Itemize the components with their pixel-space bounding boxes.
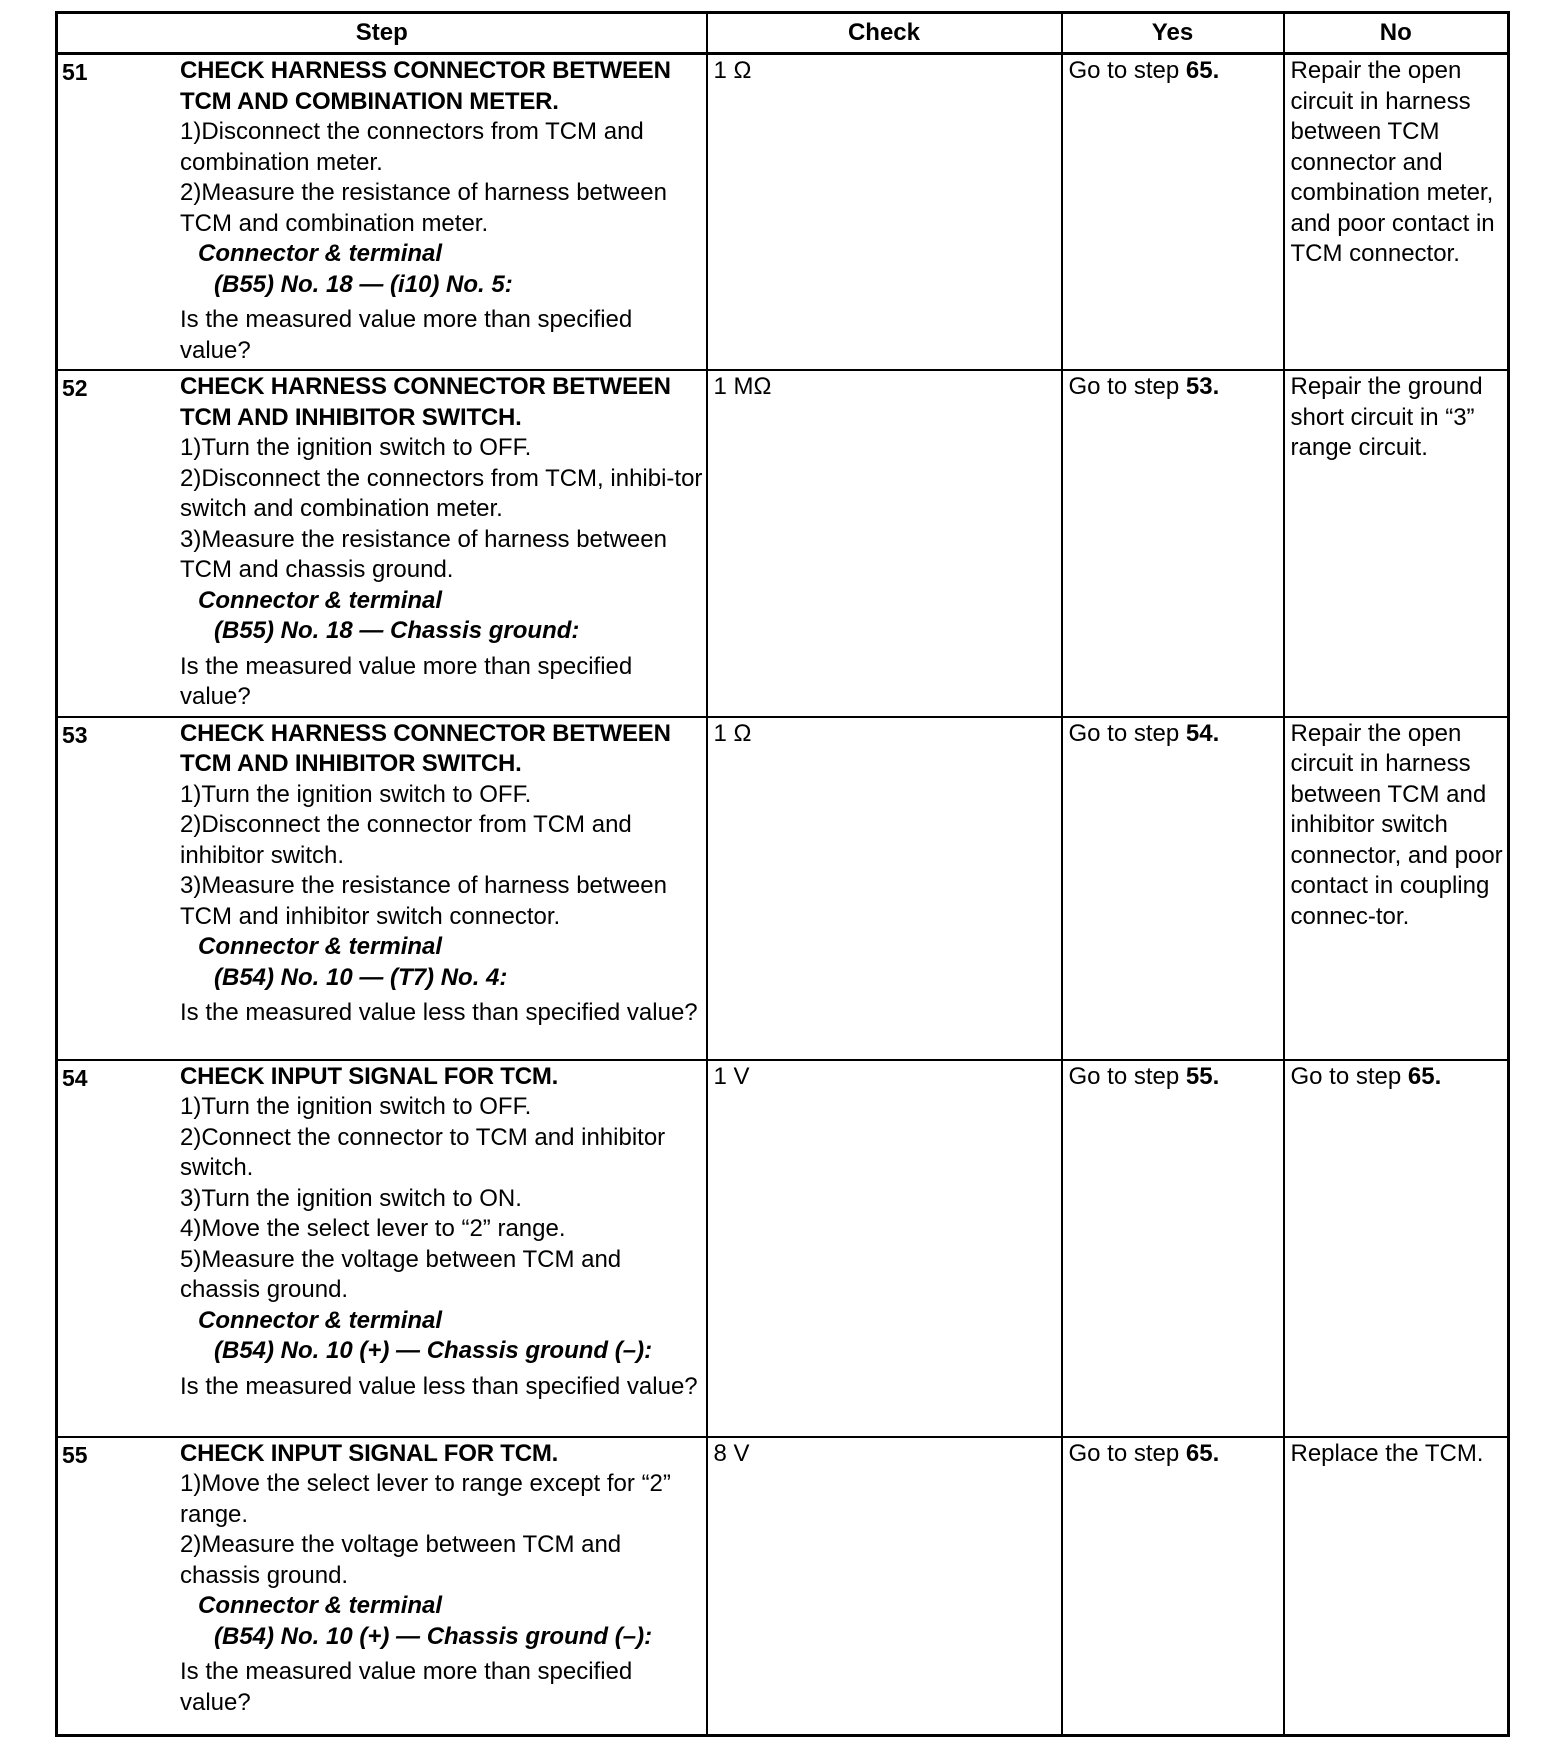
step-title: CHECK INPUT SIGNAL FOR TCM. (180, 1062, 706, 1093)
step-body: CHECK INPUT SIGNAL FOR TCM. 1)Move the s… (180, 1438, 706, 1722)
instruction-item: 3)Turn the ignition switch to ON. (180, 1184, 706, 1215)
connector-label: Connector & terminal (180, 1306, 706, 1337)
header-step: Step (57, 13, 707, 54)
no-action: Repair the open circuit in harness betwe… (1291, 55, 1508, 270)
yes-cell: Go to step 53. (1062, 370, 1284, 717)
step-question: Is the measured value more than specifie… (180, 305, 706, 366)
instruction-item: 3)Measure the resistance of harness betw… (180, 871, 706, 932)
no-cell: Repair the open circuit in harness betwe… (1284, 54, 1509, 371)
check-value: 8 V (714, 1438, 1061, 1470)
table-row-step-54: 54 CHECK INPUT SIGNAL FOR TCM. 1)Turn th… (57, 1060, 1509, 1437)
instruction-list: 1)Turn the ignition switch to OFF.2)Disc… (180, 780, 706, 933)
yes-prefix: Go to step (1069, 373, 1186, 400)
no-cell: Repair the ground short circuit in “3” r… (1284, 370, 1509, 717)
step-number: 55 (62, 1440, 88, 1471)
table-row-step-51: 51 CHECK HARNESS CONNECTOR BETWEEN TCM A… (57, 54, 1509, 371)
instruction-item: 1)Disconnect the connectors from TCM and… (180, 117, 706, 178)
header-check: Check (707, 13, 1062, 54)
step-cell: 51 CHECK HARNESS CONNECTOR BETWEEN TCM A… (57, 54, 707, 371)
yes-prefix: Go to step (1069, 720, 1186, 747)
yes-prefix: Go to step (1069, 57, 1186, 84)
connector-label: Connector & terminal (180, 586, 706, 617)
step-body: CHECK HARNESS CONNECTOR BETWEEN TCM AND … (180, 371, 706, 716)
instruction-item: 4)Move the select lever to “2” range. (180, 1214, 706, 1245)
step-question: Is the measured value more than specifie… (180, 1657, 706, 1718)
instruction-list: 1)Move the select lever to range except … (180, 1469, 706, 1591)
yes-step-link[interactable]: 54. (1186, 720, 1219, 747)
connector-terminal-value: (B54) No. 10 (+) — Chassis ground (–): (180, 1336, 706, 1367)
step-question: Is the measured value less than specifie… (180, 1372, 706, 1403)
header-yes: Yes (1062, 13, 1284, 54)
check-value: 1 Ω (714, 718, 1061, 750)
instruction-item: 3)Measure the resistance of harness betw… (180, 525, 706, 586)
table-row-step-52: 52 CHECK HARNESS CONNECTOR BETWEEN TCM A… (57, 370, 1509, 717)
step-cell: 53 CHECK HARNESS CONNECTOR BETWEEN TCM A… (57, 717, 707, 1060)
instruction-item: 2)Measure the resistance of harness betw… (180, 178, 706, 239)
table-row-step-53: 53 CHECK HARNESS CONNECTOR BETWEEN TCM A… (57, 717, 1509, 1060)
step-title: CHECK HARNESS CONNECTOR BETWEEN TCM AND … (180, 719, 706, 780)
step-body: CHECK INPUT SIGNAL FOR TCM. 1)Turn the i… (180, 1061, 706, 1406)
connector-terminal-value: (B55) No. 18 — (i10) No. 5: (180, 270, 706, 301)
step-number: 52 (62, 373, 88, 404)
header-row: Step Check Yes No (57, 13, 1509, 54)
check-value: 1 V (714, 1061, 1061, 1093)
yes-step-link[interactable]: 65. (1186, 57, 1219, 84)
check-value: 1 Ω (714, 55, 1061, 87)
step-number: 54 (62, 1063, 88, 1094)
no-step-link[interactable]: 65. (1408, 1063, 1441, 1090)
step-title: CHECK HARNESS CONNECTOR BETWEEN TCM AND … (180, 56, 706, 117)
no-cell: Replace the TCM. (1284, 1437, 1509, 1736)
yes-action: Go to step 53. (1069, 371, 1283, 403)
step-question: Is the measured value less than specifie… (180, 998, 706, 1029)
step-cell: 54 CHECK INPUT SIGNAL FOR TCM. 1)Turn th… (57, 1060, 707, 1437)
yes-action: Go to step 55. (1069, 1061, 1283, 1093)
step-cell: 52 CHECK HARNESS CONNECTOR BETWEEN TCM A… (57, 370, 707, 717)
no-cell: Go to step 65. (1284, 1060, 1509, 1437)
instruction-item: 1)Turn the ignition switch to OFF. (180, 1092, 706, 1123)
instruction-list: 1)Turn the ignition switch to OFF.2)Disc… (180, 433, 706, 586)
yes-action: Go to step 65. (1069, 1438, 1283, 1470)
check-cell: 1 Ω (707, 717, 1062, 1060)
instruction-item: 1)Move the select lever to range except … (180, 1469, 706, 1530)
yes-cell: Go to step 65. (1062, 54, 1284, 371)
check-cell: 1 Ω (707, 54, 1062, 371)
instruction-list: 1)Disconnect the connectors from TCM and… (180, 117, 706, 239)
check-cell: 8 V (707, 1437, 1062, 1736)
step-title: CHECK INPUT SIGNAL FOR TCM. (180, 1439, 706, 1470)
header-no: No (1284, 13, 1509, 54)
diagnostic-table: Step Check Yes No 51 CHECK HARNESS CONNE… (55, 11, 1510, 1737)
connector-label: Connector & terminal (180, 239, 706, 270)
step-title: CHECK HARNESS CONNECTOR BETWEEN TCM AND … (180, 372, 706, 433)
connector-terminal-value: (B54) No. 10 — (T7) No. 4: (180, 963, 706, 994)
instruction-item: 2)Disconnect the connector from TCM and … (180, 810, 706, 871)
no-action: Replace the TCM. (1291, 1438, 1508, 1470)
connector-terminal-value: (B55) No. 18 — Chassis ground: (180, 616, 706, 647)
no-cell: Repair the open circuit in harness betwe… (1284, 717, 1509, 1060)
no-text: Repair the open circuit in harness betwe… (1291, 57, 1495, 267)
connector-terminal-value: (B54) No. 10 (+) — Chassis ground (–): (180, 1622, 706, 1653)
no-action: Repair the ground short circuit in “3” r… (1291, 371, 1508, 464)
yes-step-link[interactable]: 65. (1186, 1440, 1219, 1467)
yes-cell: Go to step 54. (1062, 717, 1284, 1060)
check-cell: 1 V (707, 1060, 1062, 1437)
step-question: Is the measured value more than specifie… (180, 652, 706, 713)
step-number: 53 (62, 720, 88, 751)
no-text: Replace the TCM. (1291, 1440, 1484, 1467)
yes-action: Go to step 65. (1069, 55, 1283, 87)
check-cell: 1 MΩ (707, 370, 1062, 717)
instruction-list: 1)Turn the ignition switch to OFF.2)Conn… (180, 1092, 706, 1306)
instruction-item: 2)Measure the voltage between TCM and ch… (180, 1530, 706, 1591)
connector-label: Connector & terminal (180, 1591, 706, 1622)
no-action: Repair the open circuit in harness betwe… (1291, 718, 1508, 933)
step-number: 51 (62, 57, 88, 88)
step-cell: 55 CHECK INPUT SIGNAL FOR TCM. 1)Move th… (57, 1437, 707, 1736)
yes-prefix: Go to step (1069, 1063, 1186, 1090)
no-text: Repair the open circuit in harness betwe… (1291, 720, 1503, 930)
instruction-item: 5)Measure the voltage between TCM and ch… (180, 1245, 706, 1306)
no-text: Repair the ground short circuit in “3” r… (1291, 373, 1483, 461)
yes-cell: Go to step 55. (1062, 1060, 1284, 1437)
instruction-item: 2)Connect the connector to TCM and inhib… (180, 1123, 706, 1184)
instruction-item: 1)Turn the ignition switch to OFF. (180, 780, 706, 811)
no-action: Go to step 65. (1291, 1061, 1508, 1093)
check-value: 1 MΩ (714, 371, 1061, 403)
instruction-item: 2)Disconnect the connectors from TCM, in… (180, 464, 706, 525)
yes-step-link[interactable]: 55. (1186, 1063, 1219, 1090)
yes-cell: Go to step 65. (1062, 1437, 1284, 1736)
table-row-step-55: 55 CHECK INPUT SIGNAL FOR TCM. 1)Move th… (57, 1437, 1509, 1736)
yes-action: Go to step 54. (1069, 718, 1283, 750)
yes-prefix: Go to step (1069, 1440, 1186, 1467)
step-body: CHECK HARNESS CONNECTOR BETWEEN TCM AND … (180, 55, 706, 369)
no-prefix: Go to step (1291, 1063, 1408, 1090)
connector-label: Connector & terminal (180, 932, 706, 963)
step-body: CHECK HARNESS CONNECTOR BETWEEN TCM AND … (180, 718, 706, 1032)
instruction-item: 1)Turn the ignition switch to OFF. (180, 433, 706, 464)
yes-step-link[interactable]: 53. (1186, 373, 1219, 400)
